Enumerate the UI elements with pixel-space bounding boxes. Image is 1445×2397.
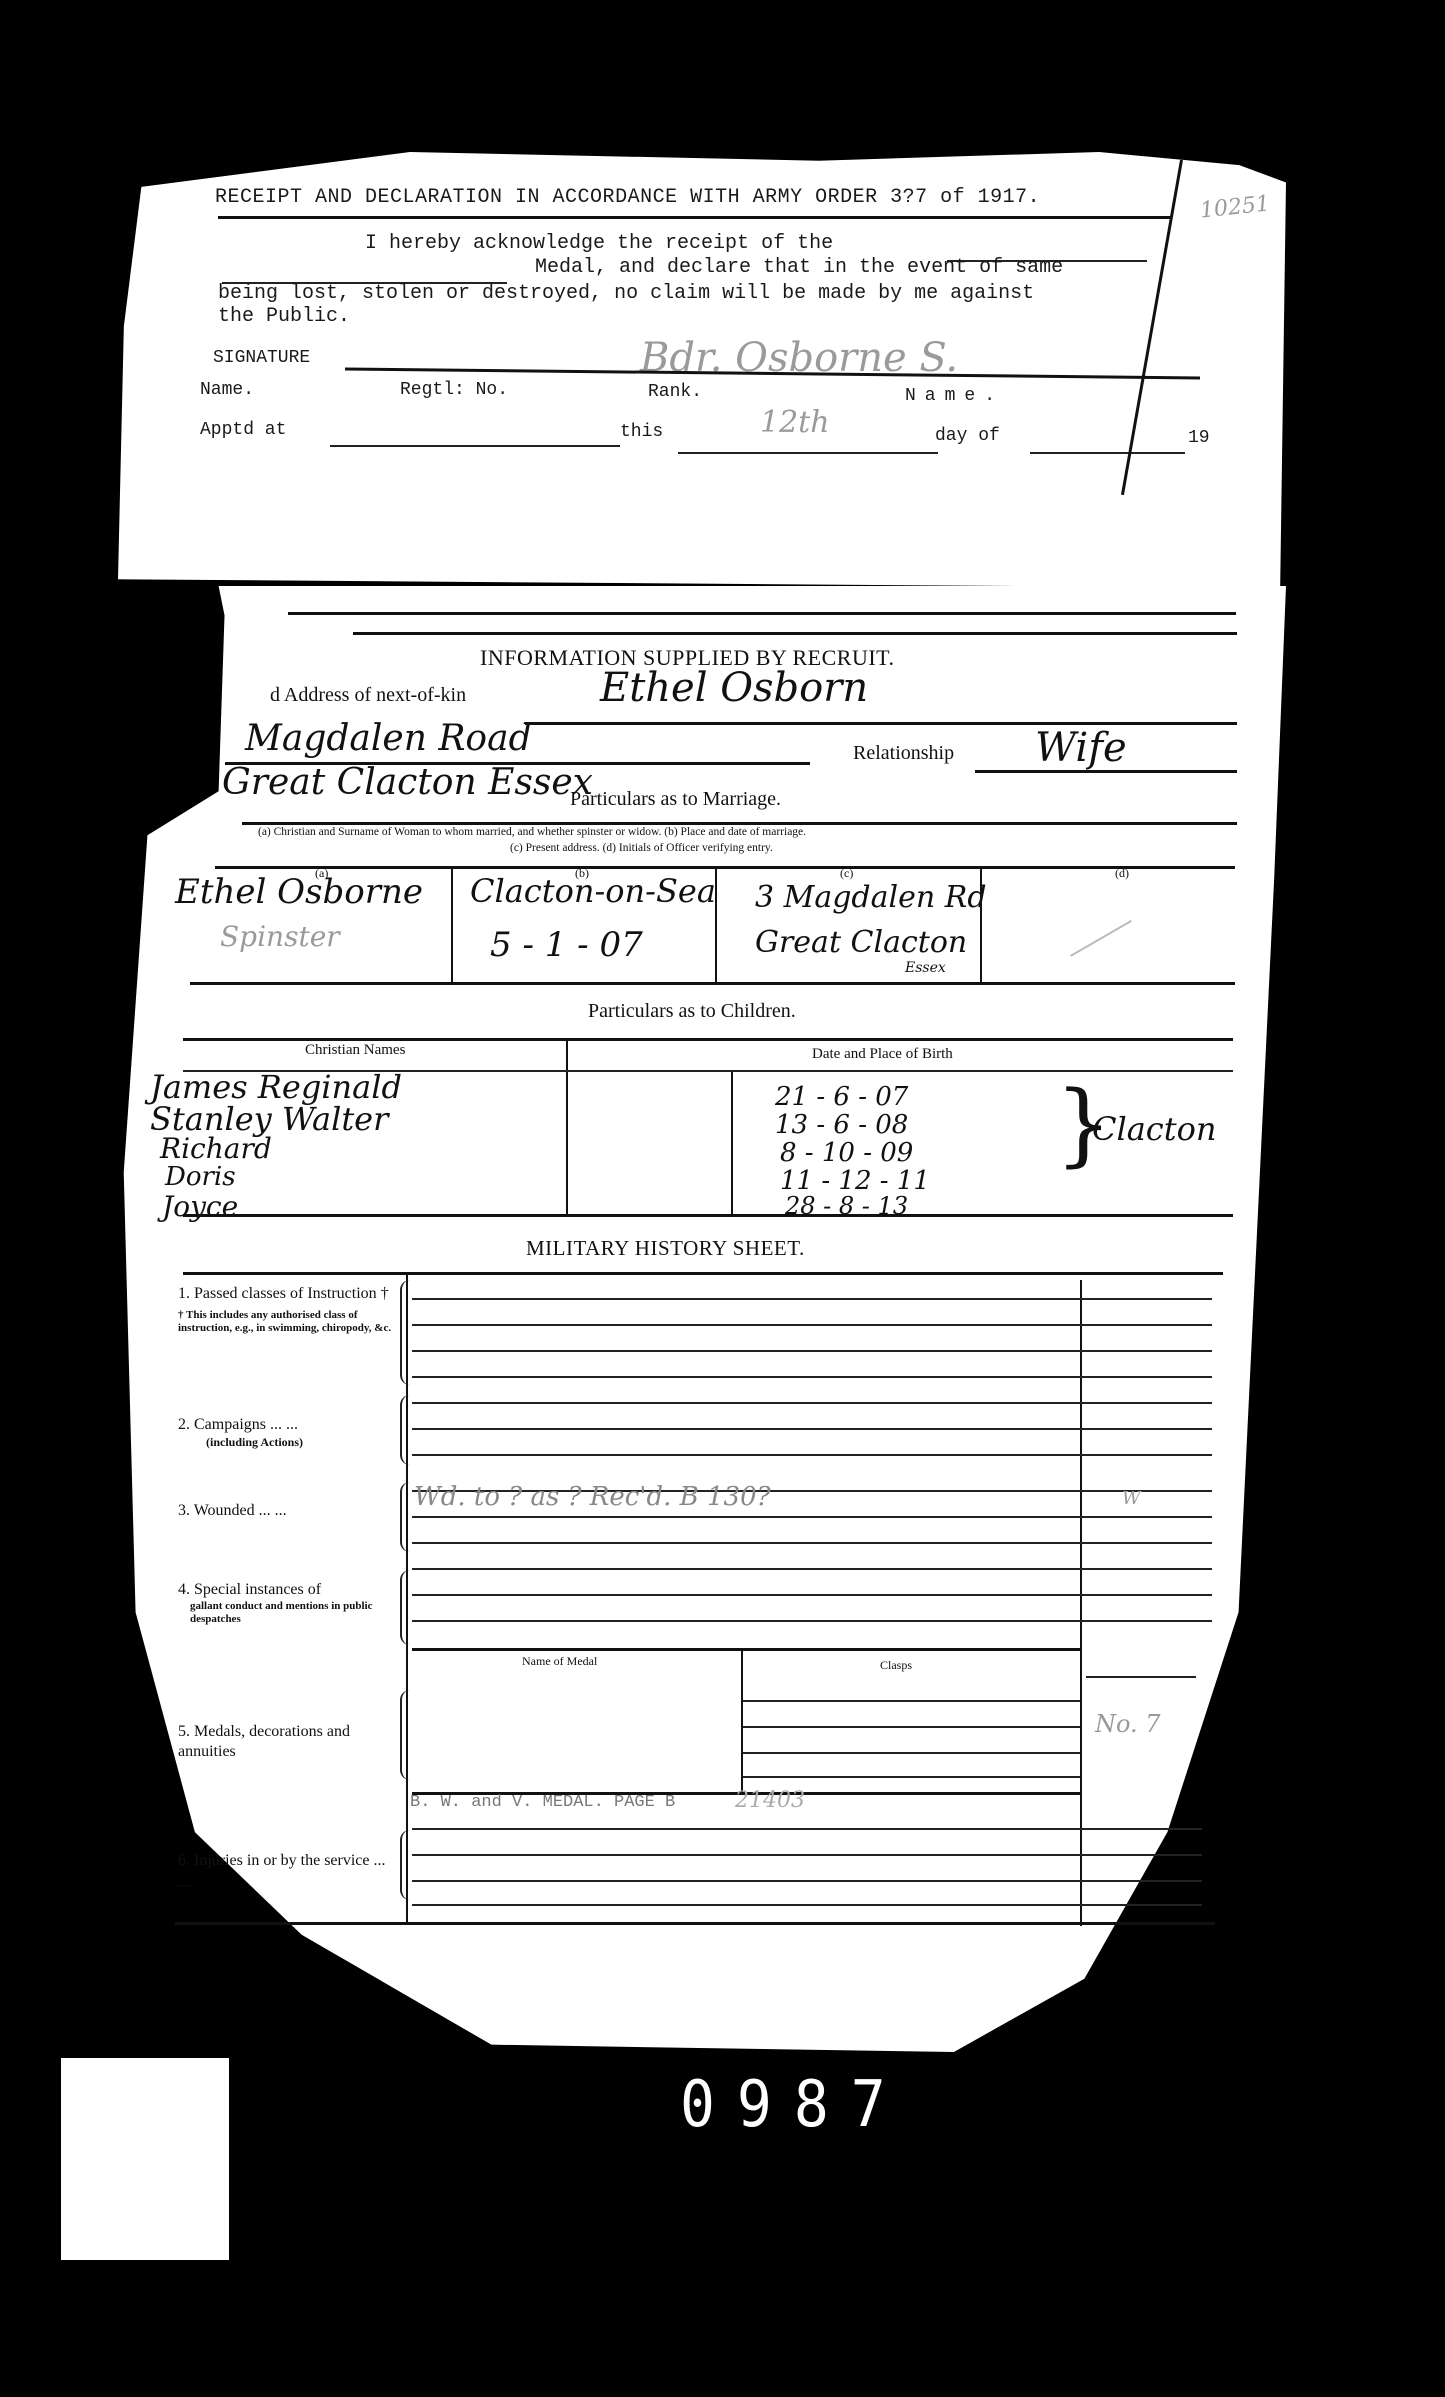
wife-name: Ethel Osborne — [175, 872, 423, 912]
section-5-brace — [400, 1690, 410, 1780]
apptd-blank — [330, 445, 620, 447]
marriage-key-d: (d) — [1115, 866, 1129, 881]
month-blank — [1030, 452, 1185, 454]
margin-note-no: No. 7 — [1095, 1710, 1161, 1738]
name-field-label: Name. — [905, 386, 1004, 406]
bwv-stamp-value: 21403 — [735, 1788, 805, 1813]
section-6-brace — [400, 1830, 410, 1900]
marriage-place: Clacton-on-Sea — [470, 872, 716, 910]
marriage-key-c: (c) — [840, 866, 853, 881]
children-table-bottom — [183, 1214, 1233, 1217]
receipt-title-underline — [218, 216, 1170, 219]
frame-counter: 0987 — [680, 2067, 908, 2142]
wounded-entry: Wd. to ? as ? Rec'd. B 130? — [414, 1482, 771, 1512]
signature-label: SIGNATURE — [213, 348, 310, 368]
marriage-note-2: (c) Present address. (d) Initials of Off… — [510, 842, 773, 854]
regtl-no-label: Regtl: No. — [400, 380, 508, 400]
marriage-col-divider-1 — [451, 868, 453, 982]
this-label: this — [620, 422, 663, 442]
child-dob-1: 21 - 6 - 07 — [775, 1082, 908, 1112]
section-2-brace — [400, 1395, 410, 1465]
children-col-names: Christian Names — [305, 1042, 405, 1059]
nok-name-line — [525, 722, 1237, 725]
nok-label: d Address of next-of-kin — [270, 684, 466, 707]
marriage-table-top — [215, 866, 1235, 869]
children-birthplace: Clacton — [1092, 1110, 1216, 1148]
section-5-label: 5. Medals, decorations and annuities — [178, 1722, 396, 1762]
year-prefix: 19 — [1188, 428, 1210, 448]
marriage-note-1: (a) Christian and Surname of Woman to wh… — [258, 826, 806, 838]
receipt-text-line1: I hereby acknowledge the receipt of the — [365, 232, 833, 255]
day-value: 12th — [760, 405, 830, 440]
marriage-top-rule — [242, 822, 1237, 825]
section-4-label: 4. Special instances of gallant conduct … — [178, 1580, 396, 1626]
child-name-4: Doris — [165, 1162, 236, 1192]
child-dob-2: 13 - 6 - 08 — [775, 1110, 908, 1140]
receipt-text-line3: being lost, stolen or destroyed, no clai… — [218, 282, 1034, 305]
rank-label: Rank. — [648, 382, 702, 402]
section-2-note: (including Actions) — [178, 1435, 396, 1450]
calibration-white-box — [61, 2058, 229, 2260]
form-top-rule-1 — [288, 612, 1236, 615]
marriage-date: 5 - 1 - 07 — [490, 925, 643, 965]
children-title: Particulars as to Children. — [588, 1000, 796, 1023]
day-of-label: day of — [935, 426, 1000, 446]
child-name-5: Joyce — [162, 1190, 238, 1223]
military-table-top — [183, 1272, 1223, 1275]
section-1-note: † This includes any authorised class of … — [178, 1309, 396, 1335]
medal-col-clasps: Clasps — [880, 1658, 912, 1673]
margin-note-w: W — [1122, 1488, 1141, 1509]
form-top-rule-2 — [353, 632, 1237, 635]
military-table-bottom — [175, 1922, 1215, 1925]
child-name-3: Richard — [160, 1132, 272, 1165]
relationship-value: Wife — [1035, 725, 1127, 771]
bwv-medal-stamp: B. W. and V. MEDAL. PAGE B — [410, 1793, 675, 1812]
military-title: MILITARY HISTORY SHEET. — [526, 1236, 805, 1261]
nok-address-2: Great Clacton Essex — [222, 762, 593, 803]
section-3-label: 3. Wounded ... ... — [178, 1502, 396, 1520]
day-blank — [678, 452, 938, 454]
section-3-brace — [400, 1482, 410, 1552]
present-address-3: Essex — [905, 960, 946, 976]
relationship-line — [975, 770, 1237, 773]
name-label: Name. — [200, 380, 254, 400]
section-4-note: gallant conduct and mentions in public d… — [178, 1600, 396, 1626]
children-col-birth: Date and Place of Birth — [812, 1046, 953, 1063]
section-4-brace — [400, 1570, 410, 1645]
section-1-brace — [400, 1280, 410, 1385]
wife-status: Spinster — [220, 920, 340, 953]
relationship-label: Relationship — [853, 742, 954, 765]
medal-col-name: Name of Medal — [522, 1654, 597, 1669]
section-6-label: 6. Injuries in or by the service ... ... — [178, 1850, 396, 1894]
nok-address-1: Magdalen Road — [245, 718, 532, 759]
present-address-1: 3 Magdalen Rd — [755, 880, 987, 915]
children-col-divider-1 — [566, 1040, 568, 1215]
child-dob-3: 8 - 10 - 09 — [780, 1138, 913, 1168]
children-col-divider-2 — [731, 1072, 733, 1215]
marriage-table-bottom — [190, 982, 1235, 985]
section-1-label: 1. Passed classes of Instruction † † Thi… — [178, 1283, 396, 1335]
receipt-title: RECEIPT AND DECLARATION IN ACCORDANCE WI… — [215, 186, 1040, 209]
present-address-2: Great Clacton — [755, 925, 967, 960]
apptd-label: Apptd at — [200, 420, 286, 440]
section-2-label: 2. Campaigns ... ... (including Actions) — [178, 1415, 396, 1450]
nok-name: Ethel Osborn — [600, 665, 868, 711]
children-table-top — [183, 1038, 1233, 1041]
receipt-text-line2: Medal, and declare that in the event of … — [535, 256, 1063, 279]
receipt-text-line4: the Public. — [218, 305, 350, 328]
marriage-title: Particulars as to Marriage. — [570, 788, 781, 811]
